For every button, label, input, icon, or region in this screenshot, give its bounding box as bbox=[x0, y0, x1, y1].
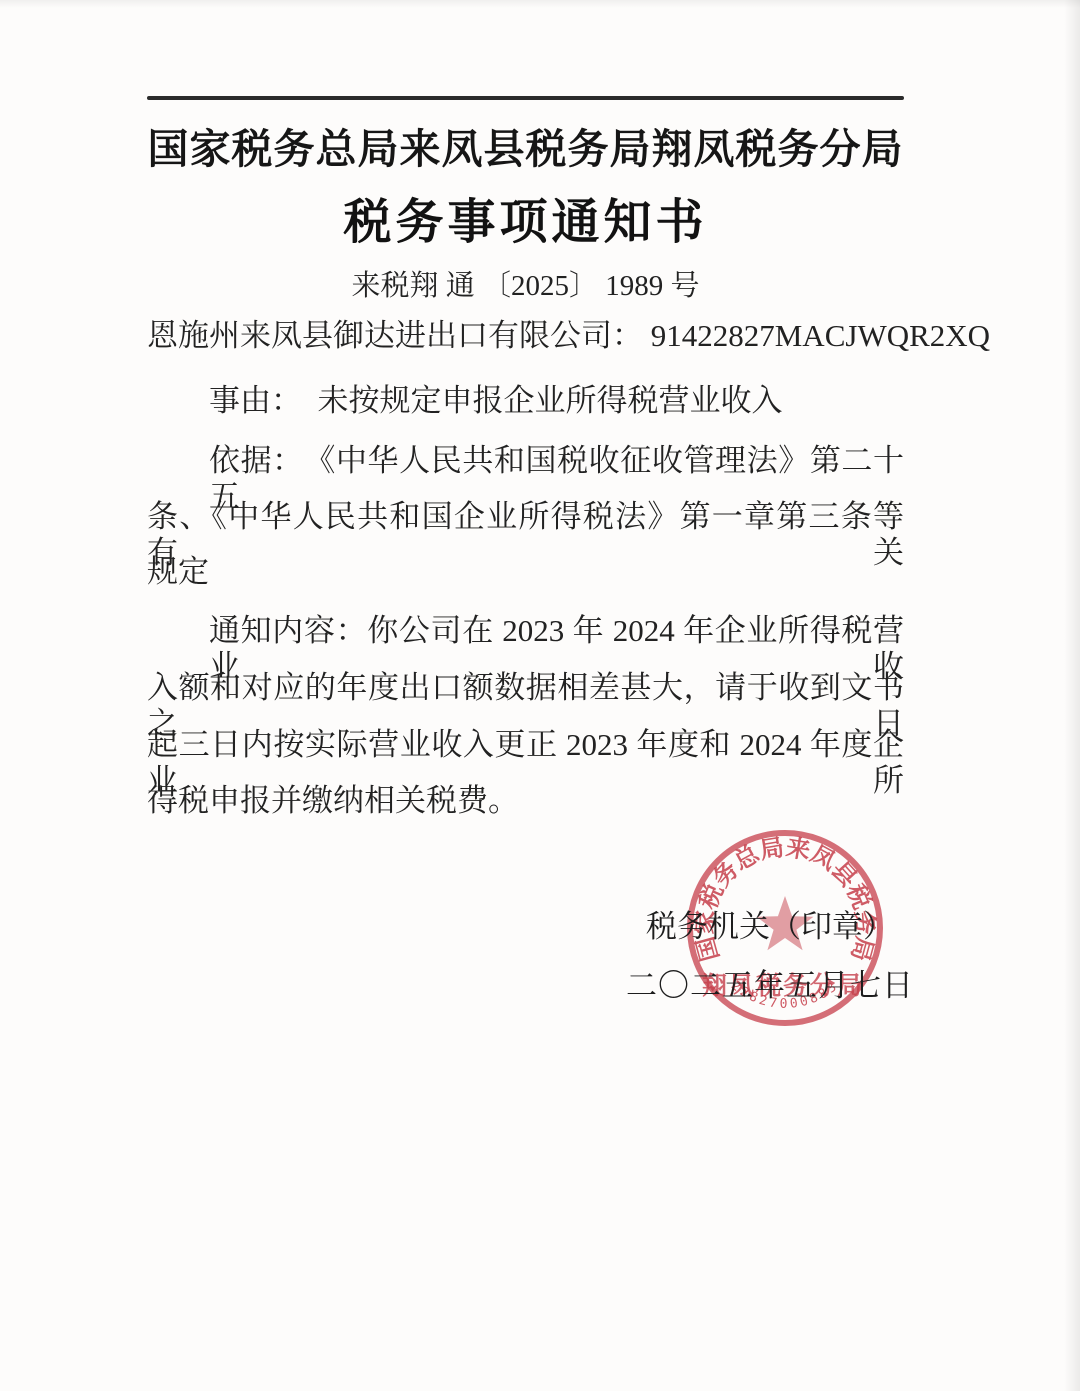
document-number: 来税翔 通 〔2025〕 1989 号 bbox=[147, 263, 904, 304]
signing-authority: 税务机关（印章） bbox=[555, 901, 985, 946]
issuing-agency-name: 国家税务总局来凤县税务局翔凤税务分局 bbox=[147, 116, 904, 175]
scanned-tax-notice-page: 国家税务总局来凤县税务局翔凤税务分局 税务事项通知书 来税翔 通 〔2025〕 … bbox=[0, 0, 1080, 1391]
matter-line: 事由： 未按规定申报企业所得税营业收入 bbox=[147, 383, 904, 419]
notice-line-4: 得税申报并缴纳相关税费。 bbox=[147, 783, 904, 819]
recipient-line: 恩施州来凤县御达进出口有限公司： 91422827MACJWQR2XQ bbox=[147, 318, 904, 354]
document-title: 税务事项通知书 bbox=[147, 183, 904, 252]
header-rule bbox=[147, 96, 904, 100]
signature-date: 二〇二五年五月七日 bbox=[555, 960, 985, 1005]
basis-line-3: 规定 bbox=[147, 554, 904, 590]
